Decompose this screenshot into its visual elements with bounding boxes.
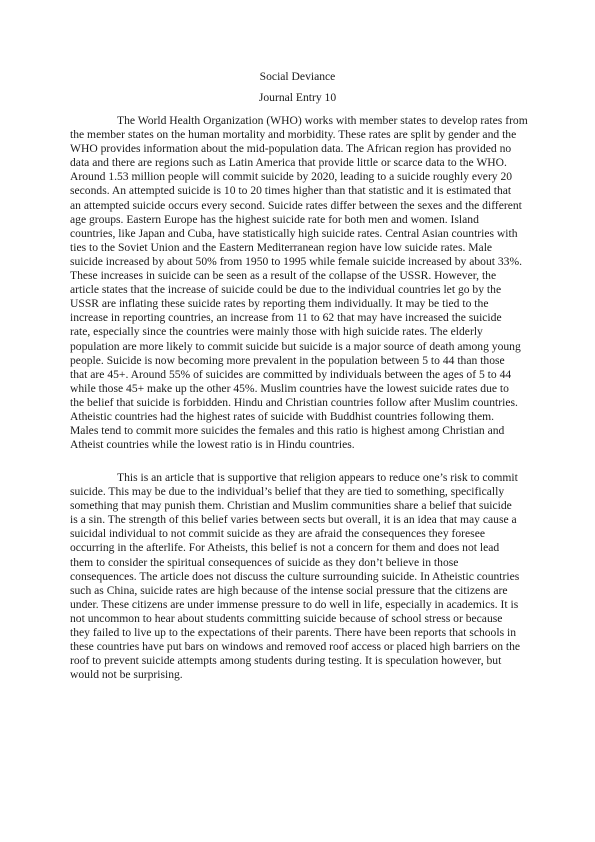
text-line: countries, like Japan and Cuba, have sta… — [70, 227, 530, 241]
text-line: age groups. Eastern Europe has the highe… — [70, 213, 530, 227]
text-line: suicide. This may be due to the individu… — [70, 485, 530, 499]
text-line: roof to prevent suicide attempts among s… — [70, 654, 530, 668]
paragraph-2: This is an article that is supportive th… — [70, 471, 530, 682]
paragraph-1: The World Health Organization (WHO) work… — [70, 114, 530, 452]
document-title: Social Deviance — [0, 70, 595, 84]
text-line: USSR are inflating these suicide rates b… — [70, 297, 530, 311]
text-line: they failed to live up to the expectatio… — [70, 626, 530, 640]
text-line: This is an article that is supportive th… — [70, 471, 530, 485]
text-line: not uncommon to hear about students comm… — [70, 612, 530, 626]
text-line: ties to the Soviet Union and the Eastern… — [70, 241, 530, 255]
text-line: is a sin. The strength of this belief va… — [70, 513, 530, 527]
text-line: an attempted suicide occurs every second… — [70, 199, 530, 213]
text-line: WHO provides information about the mid-p… — [70, 142, 530, 156]
text-line: suicide increased by about 50% from 1950… — [70, 255, 530, 269]
text-line: These increases in suicide can be seen a… — [70, 269, 530, 283]
text-line: Males tend to commit more suicides the f… — [70, 424, 530, 438]
text-line: Atheist countries while the lowest ratio… — [70, 438, 530, 452]
text-line: under. These citizens are under immense … — [70, 598, 530, 612]
text-line: while those 45+ make up the other 45%. M… — [70, 382, 530, 396]
text-line: consequences. The article does not discu… — [70, 570, 530, 584]
text-line: the member states on the human mortality… — [70, 128, 530, 142]
text-line: increase in reporting countries, an incr… — [70, 311, 530, 325]
text-line: data and there are regions such as Latin… — [70, 156, 530, 170]
text-line: seconds. An attempted suicide is 10 to 2… — [70, 184, 530, 198]
text-line: Atheistic countries had the highest rate… — [70, 410, 530, 424]
text-line: them to consider the spiritual consequen… — [70, 556, 530, 570]
text-line: something that may punish them. Christia… — [70, 499, 530, 513]
document-page: Social Deviance Journal Entry 10 The Wor… — [0, 0, 595, 842]
text-line: population are more likely to commit sui… — [70, 340, 530, 354]
text-line: such as China, suicide rates are high be… — [70, 584, 530, 598]
text-line: occurring in the afterlife. For Atheists… — [70, 541, 530, 555]
text-line: that are 45+. Around 55% of suicides are… — [70, 368, 530, 382]
text-line: would not be surprising. — [70, 668, 530, 682]
text-line: people. Suicide is now becoming more pre… — [70, 354, 530, 368]
text-line: the belief that suicide is forbidden. Hi… — [70, 396, 530, 410]
text-line: suicidal individual to not commit suicid… — [70, 527, 530, 541]
text-line: rate, especially since the countries wer… — [70, 325, 530, 339]
text-line: article states that the increase of suic… — [70, 283, 530, 297]
text-line: these countries have put bars on windows… — [70, 640, 530, 654]
text-line: The World Health Organization (WHO) work… — [70, 114, 530, 128]
text-line: Around 1.53 million people will commit s… — [70, 170, 530, 184]
document-subtitle: Journal Entry 10 — [0, 91, 595, 105]
